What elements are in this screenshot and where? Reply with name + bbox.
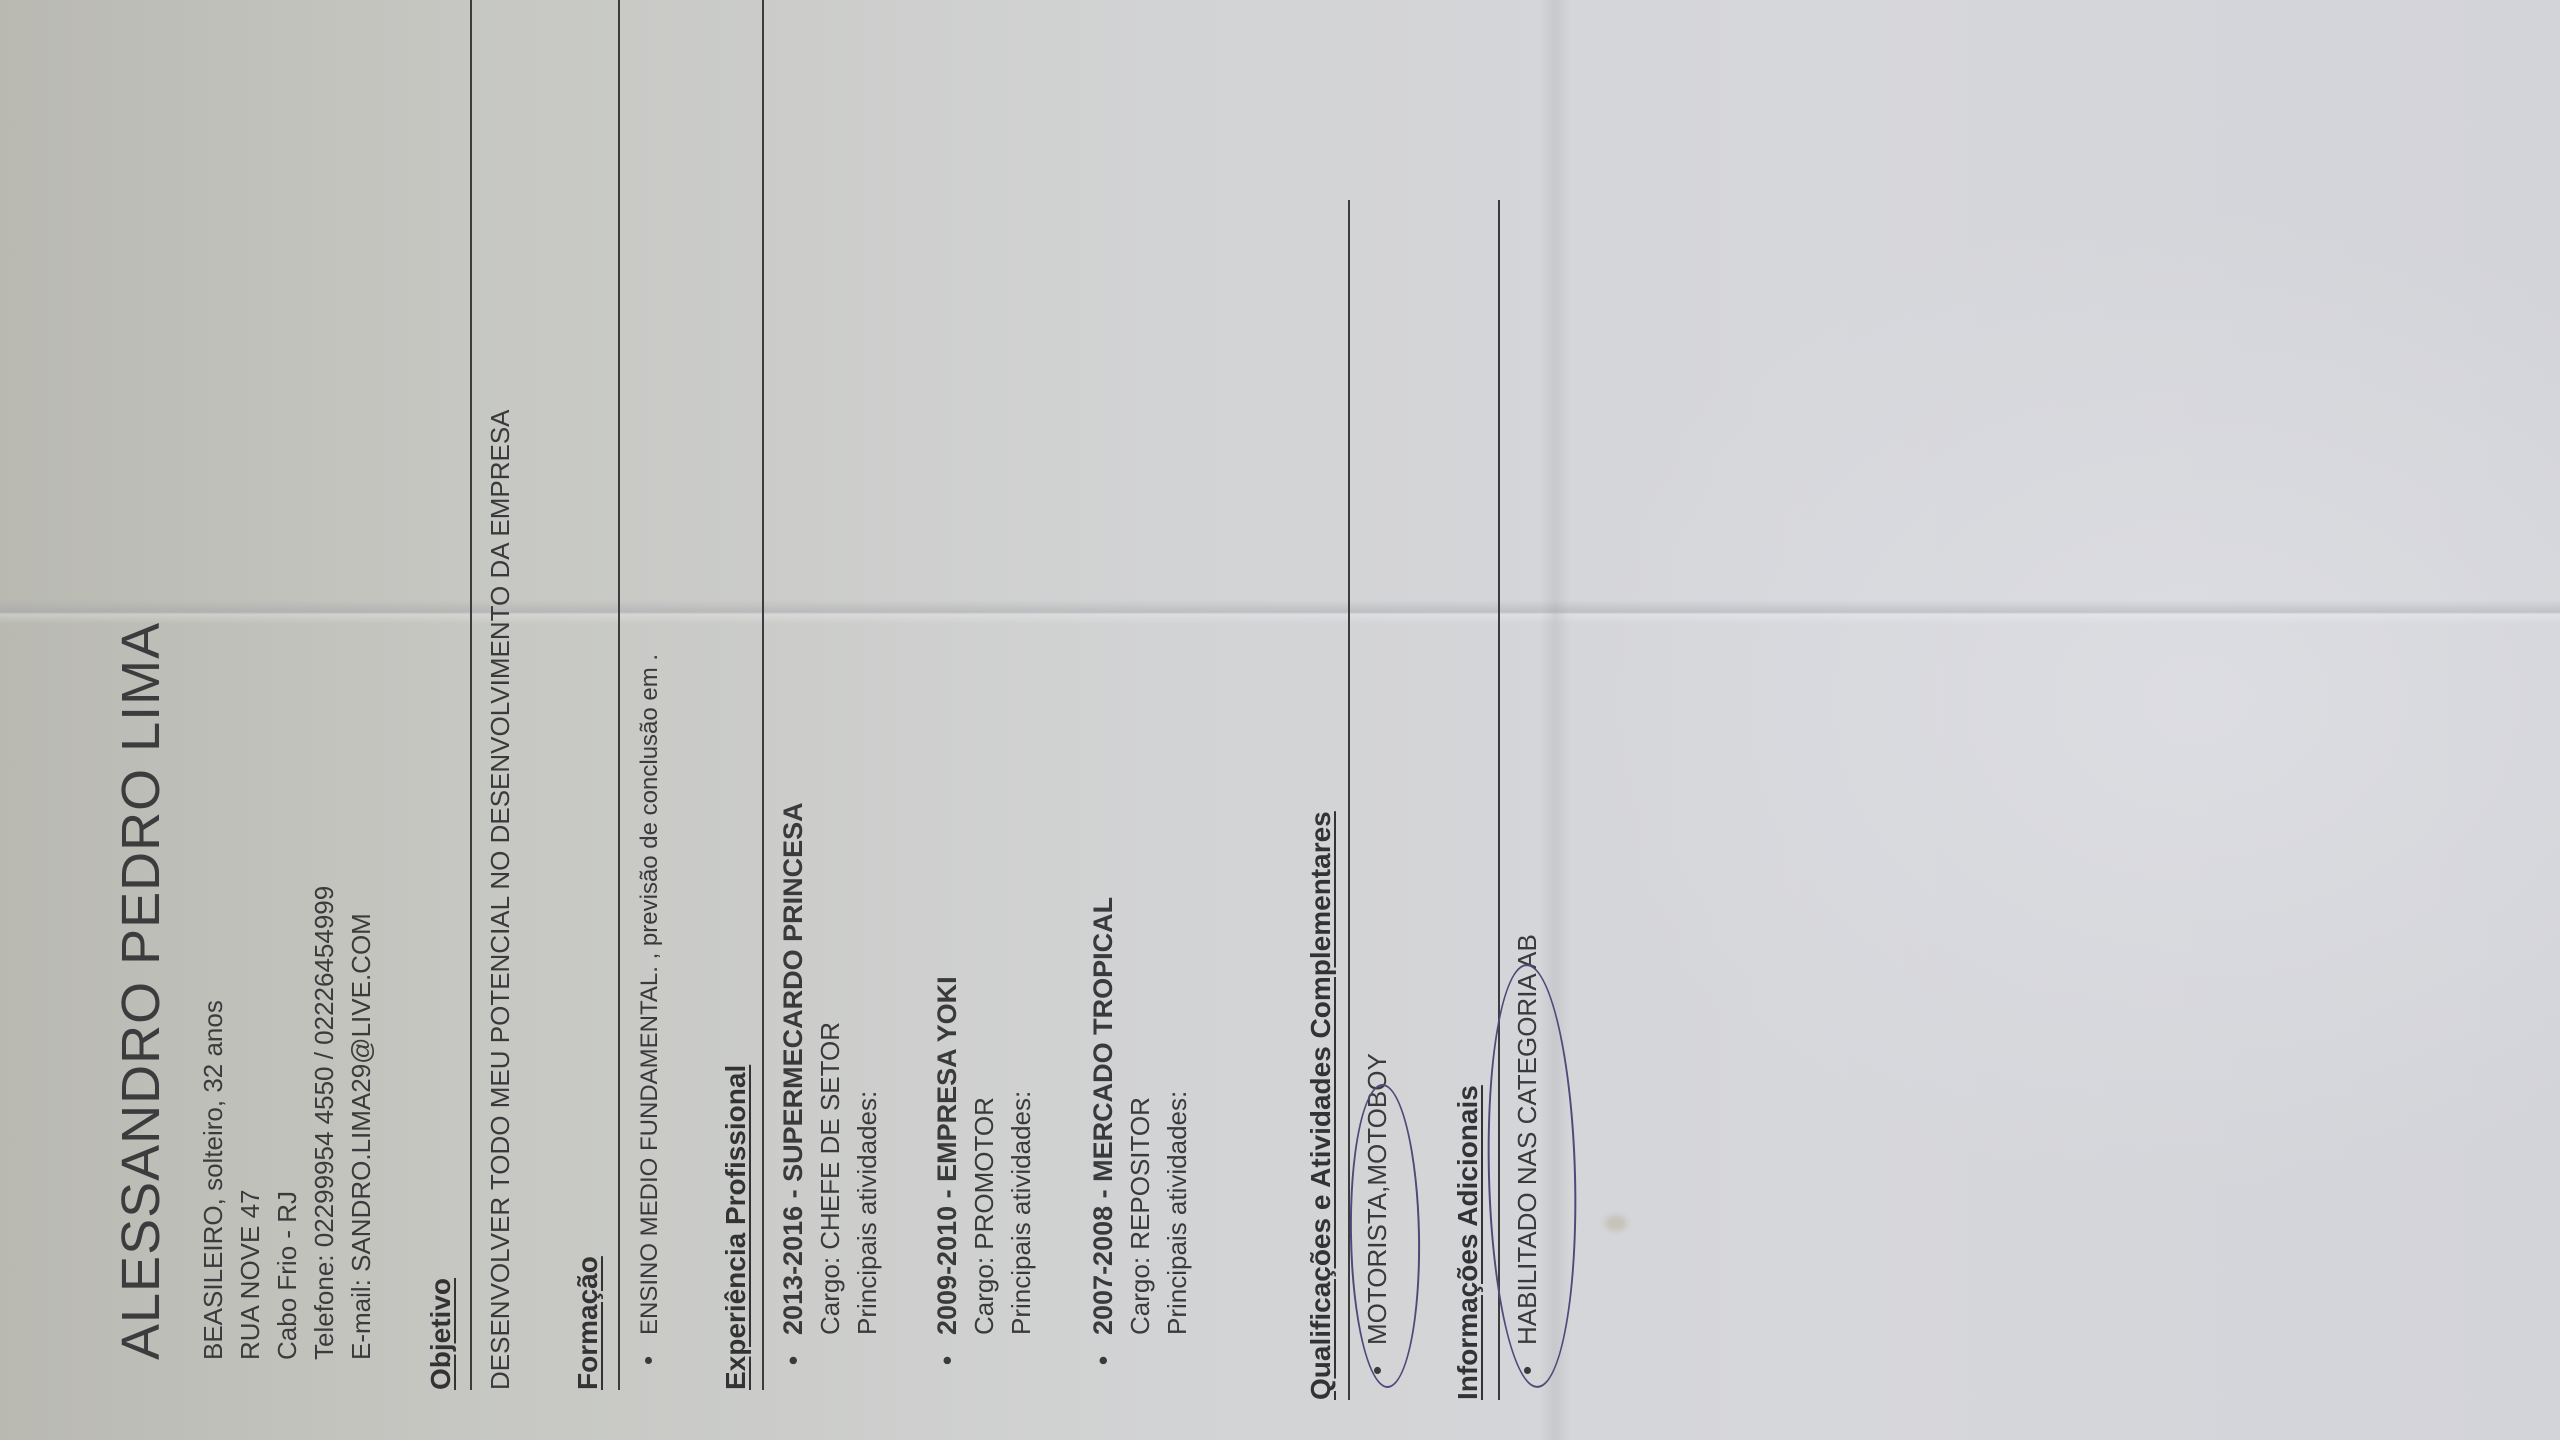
job-title: 2009-2010 - EMPRESA YOKI <box>932 976 963 1365</box>
job-role: Cargo: REPOSITOR <box>1125 1097 1156 1335</box>
section-rule <box>762 0 764 1390</box>
additional-item: HABILITADO NAS CATEGORIA AB <box>1512 934 1543 1375</box>
objective-text: DESENVOLVER TODO MEU POTENCIAL NO DESENV… <box>485 409 516 1390</box>
education-item: ENSINO MEDIO FUNDAMENTAL. , previsão de … <box>633 654 664 1365</box>
job-title: 2013-2016 - SUPERMECARDO PRINCESA <box>778 802 809 1365</box>
section-rule <box>470 0 472 1390</box>
section-rule <box>618 0 620 1390</box>
job-activities: Principais atividades: <box>852 1091 883 1335</box>
phone: Telefone: 02299954 4550 / 02226454999 <box>306 886 342 1360</box>
section-heading-formacao: Formação <box>572 1256 604 1390</box>
section-heading-objetivo: Objetivo <box>425 1278 457 1390</box>
job-activities: Principais atividades: <box>1162 1091 1193 1335</box>
job-activities: Principais atividades: <box>1006 1091 1037 1335</box>
section-heading-informacoes: Informações Adicionais <box>1452 1085 1484 1400</box>
resume-document: ALESSANDRO PEDRO LIMA BEASILEIRO, soltei… <box>0 0 2560 1440</box>
job-role: Cargo: PROMOTOR <box>969 1097 1000 1335</box>
section-rule <box>1498 200 1500 1400</box>
personal-info: BEASILEIRO, solteiro, 32 anos <box>195 1000 231 1360</box>
section-heading-experiencia: Experiência Profissional <box>720 1065 752 1390</box>
candidate-name: ALESSANDRO PEDRO LIMA <box>110 622 172 1360</box>
section-heading-qualificacoes: Qualificações e Atividades Complementare… <box>1305 811 1337 1400</box>
city: Cabo Frio - RJ <box>269 1191 305 1360</box>
address: RUA NOVE 47 <box>232 1189 268 1360</box>
job-title: 2007-2008 - MERCADO TROPICAL <box>1088 897 1119 1365</box>
section-rule <box>1348 200 1350 1400</box>
paper-stain <box>1605 1215 1627 1231</box>
qualification-item: MOTORISTA,MOTOBOY <box>1362 1053 1393 1375</box>
email: E-mail: SANDRO.LIMA29@LIVE.COM <box>343 913 379 1360</box>
job-role: Cargo: CHEFE DE SETOR <box>815 1022 846 1335</box>
